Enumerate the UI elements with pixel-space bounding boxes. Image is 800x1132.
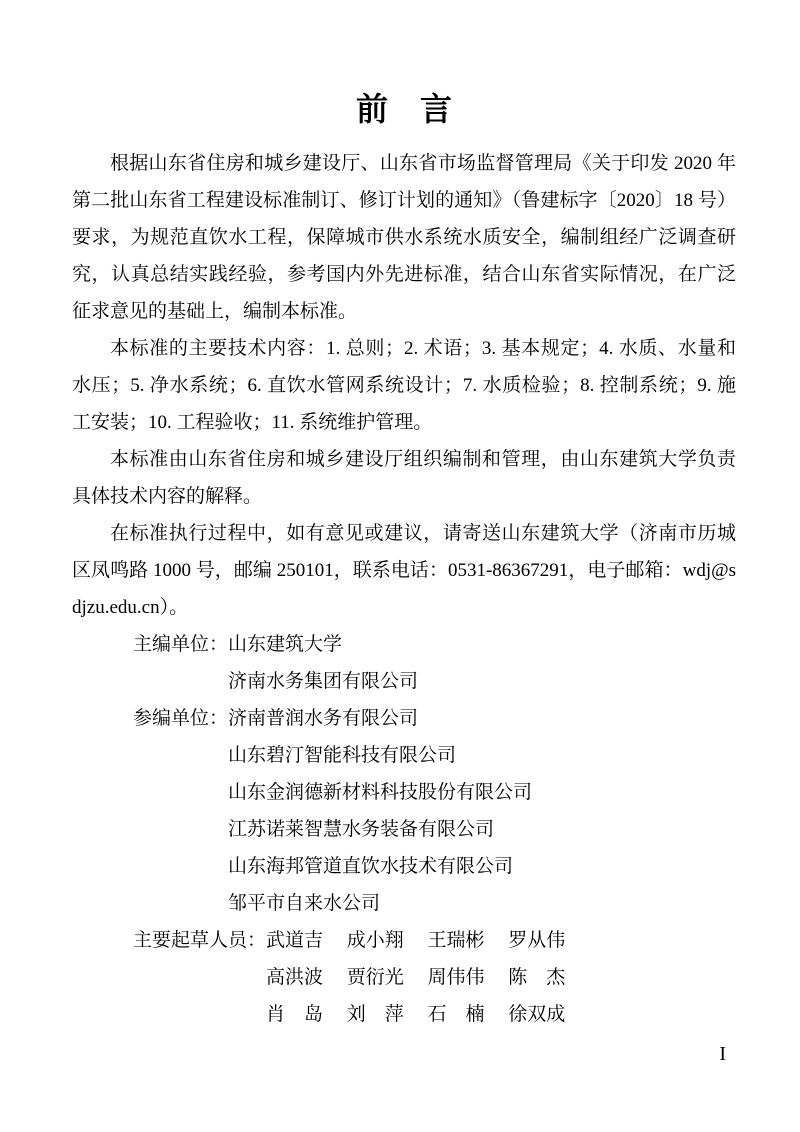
document-page: 前 言 根据山东省住房和城乡建设厅、山东省市场监督管理局《关于印发 2020 年… — [0, 0, 800, 1132]
drafter-name: 成小翔 — [347, 922, 404, 959]
page-title: 前 言 — [72, 88, 736, 130]
participating-unit-item: 山东海邦管道直饮水技术有限公司 — [228, 848, 532, 885]
drafter-name: 石 楠 — [428, 996, 485, 1033]
drafter-name: 罗从伟 — [508, 922, 565, 959]
drafter-name: 陈 杰 — [508, 959, 565, 996]
drafter-name: 刘 萍 — [347, 996, 404, 1033]
chief-editor-label: 主编单位： — [133, 626, 228, 700]
participating-units-items: 济南普润水务有限公司 山东碧汀智能科技有限公司 山东金润德新材料科技股份有限公司… — [228, 700, 532, 922]
participating-unit-item: 山东碧汀智能科技有限公司 — [228, 737, 532, 774]
participating-units-section: 参编单位： 济南普润水务有限公司 山东碧汀智能科技有限公司 山东金润德新材料科技… — [133, 700, 736, 922]
drafters-section: 主要起草人员： 武道吉 成小翔 王瑞彬 罗从伟 高洪波 贾衍光 周伟伟 陈 杰 … — [133, 922, 736, 1033]
drafter-name: 周伟伟 — [428, 959, 485, 996]
drafters-row: 肖 岛 刘 萍 石 楠 徐双成 — [266, 996, 565, 1033]
chief-editor-items: 山东建筑大学 济南水务集团有限公司 — [228, 626, 418, 700]
paragraph-contents: 本标准的主要技术内容：1. 总则；2. 术语；3. 基本规定；4. 水质、水量和… — [72, 330, 736, 441]
page-content: 前 言 根据山东省住房和城乡建设厅、山东省市场监督管理局《关于印发 2020 年… — [0, 88, 800, 1033]
participating-unit-item: 邹平市自来水公司 — [228, 885, 532, 922]
drafter-name: 武道吉 — [266, 922, 323, 959]
drafters-row: 武道吉 成小翔 王瑞彬 罗从伟 — [266, 922, 565, 959]
paragraph-basis: 根据山东省住房和城乡建设厅、山东省市场监督管理局《关于印发 2020 年第二批山… — [72, 145, 736, 330]
drafters-names: 武道吉 成小翔 王瑞彬 罗从伟 高洪波 贾衍光 周伟伟 陈 杰 肖 岛 刘 萍 … — [266, 922, 565, 1033]
participating-unit-item: 江苏诺莱智慧水务装备有限公司 — [228, 811, 532, 848]
chief-editor-section: 主编单位： 山东建筑大学 济南水务集团有限公司 — [133, 626, 736, 700]
drafter-name: 肖 岛 — [266, 996, 323, 1033]
participating-unit-item: 济南普润水务有限公司 — [228, 700, 532, 737]
drafters-row: 高洪波 贾衍光 周伟伟 陈 杰 — [266, 959, 565, 996]
drafter-name: 王瑞彬 — [428, 922, 485, 959]
drafter-name: 徐双成 — [508, 996, 565, 1033]
chief-editor-item: 济南水务集团有限公司 — [228, 663, 418, 700]
participating-unit-item: 山东金润德新材料科技股份有限公司 — [228, 774, 532, 811]
paragraph-contact: 在标准执行过程中，如有意见或建议，请寄送山东建筑大学（济南市历城区凤鸣路 100… — [72, 515, 736, 626]
drafters-label: 主要起草人员： — [133, 922, 266, 1033]
chief-editor-item: 山东建筑大学 — [228, 626, 418, 663]
participating-units-label: 参编单位： — [133, 700, 228, 922]
drafter-name: 高洪波 — [266, 959, 323, 996]
page-number: I — [719, 1042, 726, 1066]
drafter-name: 贾衍光 — [347, 959, 404, 996]
paragraph-management: 本标准由山东省住房和城乡建设厅组织编制和管理，由山东建筑大学负责具体技术内容的解… — [72, 441, 736, 515]
